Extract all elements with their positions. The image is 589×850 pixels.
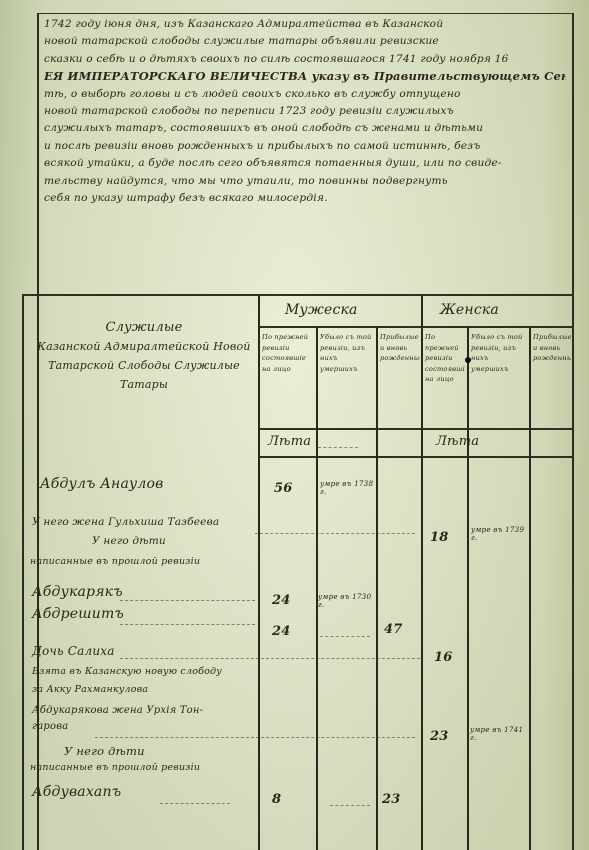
- row-name: написанные въ прошлой ревизіи: [30, 762, 200, 773]
- table-left-rule: [22, 295, 24, 850]
- intro-paragraph: 1742 году іюня дня, изъ Казанскаго Адмир…: [44, 16, 566, 207]
- intro-line: сказки о себѣ и о дѣтяхъ своихъ по силѣ …: [44, 51, 566, 68]
- intro-line: и послѣ ревизіи вновь рожденныхъ и прибы…: [44, 138, 566, 155]
- row-name: Абдулъ Анаулов: [40, 476, 163, 492]
- female-death-note: умре въ 1741 г.: [470, 726, 526, 742]
- dash-line: [120, 624, 255, 626]
- dash-line: [95, 737, 415, 739]
- row-name: У него дѣти: [64, 744, 145, 758]
- female-group-title: Женска: [440, 302, 499, 318]
- male-age-cell: 24: [272, 624, 291, 639]
- male-age-cell: 56: [274, 481, 293, 496]
- dash-line: [120, 600, 255, 602]
- name-header-line: Татары: [30, 375, 258, 394]
- row-name: Абдукарякова жена Урхія Тон-: [32, 705, 203, 716]
- male-subheader-newborn: Прибылые и вновь рожденные: [380, 332, 420, 426]
- row-name: Взята въ Казанскую новую слободу: [32, 666, 222, 677]
- group-header-rule: [258, 326, 573, 328]
- name-header-line: Татарской Слободы Служилые: [30, 356, 258, 375]
- male-newborn-age-cell: 23: [382, 792, 401, 807]
- intro-line: тельству найдутся, что мы что утаили, то…: [44, 173, 566, 190]
- name-header-title: Служилые: [30, 318, 258, 337]
- male-group-title: Мужеска: [285, 302, 358, 318]
- male-newborn-age-cell: 47: [384, 622, 403, 637]
- male-age-label: Лѣта: [268, 434, 311, 449]
- female-age-label: Лѣта: [436, 434, 479, 449]
- female-col-rule-1: [467, 326, 469, 850]
- intro-line: себя по указу штрафу безъ всякаго милосе…: [44, 190, 566, 207]
- dash-line: [320, 636, 370, 638]
- intro-line: новой татарской слободы служилые татары …: [44, 33, 566, 50]
- female-age-cell: 16: [434, 650, 453, 665]
- name-column-header: Служилые Казанской Адмиралтейской Новой …: [30, 318, 258, 394]
- intro-line: служилыхъ татаръ, состоявшихъ въ оной сл…: [44, 120, 566, 137]
- row-name: Абдувахапъ: [32, 784, 121, 800]
- row-name: Абдукарякъ: [32, 584, 123, 600]
- intro-line: тѣ, о выборѣ головы и съ людей своихъ ск…: [44, 86, 566, 103]
- row-name: У него дѣти: [92, 535, 166, 547]
- female-death-note: умре въ 1739 г.: [471, 526, 527, 542]
- row-name: Дочь Салиха: [32, 644, 115, 658]
- name-header-line: Казанской Адмиралтейской Новой: [30, 337, 258, 356]
- name-column-rule: [258, 296, 260, 850]
- dash-line: [318, 447, 358, 449]
- row-name: Абдрешитъ: [32, 606, 124, 622]
- subheader-bottom-rule: [258, 428, 573, 430]
- page-frame-top-rule: [38, 13, 573, 14]
- intro-line: 1742 году іюня дня, изъ Казанскаго Адмир…: [44, 16, 566, 33]
- male-death-note: умре въ 1730 г.: [318, 593, 376, 609]
- intro-line: новой татарской слободы по переписи 1723…: [44, 103, 566, 120]
- male-col-rule-1: [316, 326, 318, 850]
- intro-line: ЕЯ ИМПЕРАТОРСКАГО ВЕЛИЧЕСТВА указу въ Пр…: [44, 68, 566, 85]
- female-age-cell: 23: [430, 729, 449, 744]
- female-age-cell: 18: [430, 530, 449, 545]
- ink-blot: [465, 357, 471, 363]
- page-frame-right-rule: [572, 13, 574, 850]
- male-subheader-previous: По прежней ревизіи состоявшіе на лицо: [262, 332, 314, 426]
- dash-line: [160, 803, 230, 805]
- table-top-rule: [22, 294, 573, 296]
- row-name: У него жена Гульхиша Тазбеева: [32, 516, 219, 528]
- row-name: написанные въ прошлой ревизіи: [30, 556, 200, 567]
- female-subheader-previous: По прежней ревизіи состоявшіе на лицо: [425, 332, 465, 426]
- dash-line: [330, 805, 370, 807]
- female-subheader-died: Убыло съ той ревизіи, изъ нихъ умершихъ: [471, 332, 527, 426]
- male-subheader-died: Убыло съ той ревизіи, изъ нихъ умершихъ: [320, 332, 374, 426]
- age-row-bottom-rule: [258, 456, 573, 458]
- male-death-note: умре въ 1738 г.: [320, 480, 376, 496]
- male-age-cell: 8: [272, 792, 281, 807]
- male-col-rule-2: [376, 326, 378, 850]
- row-name: за Акку Рахманкулова: [32, 684, 148, 695]
- gender-divider-rule: [421, 296, 423, 850]
- intro-line: всякой утайки, а буде послѣ сего объявят…: [44, 155, 566, 172]
- male-age-cell: 24: [272, 593, 291, 608]
- dash-line: [120, 658, 420, 660]
- female-col-rule-2: [529, 326, 531, 850]
- female-subheader-newborn: Прибылые и вновь рожденные: [533, 332, 571, 426]
- row-name: гарова: [32, 721, 68, 732]
- dash-line: [255, 533, 415, 535]
